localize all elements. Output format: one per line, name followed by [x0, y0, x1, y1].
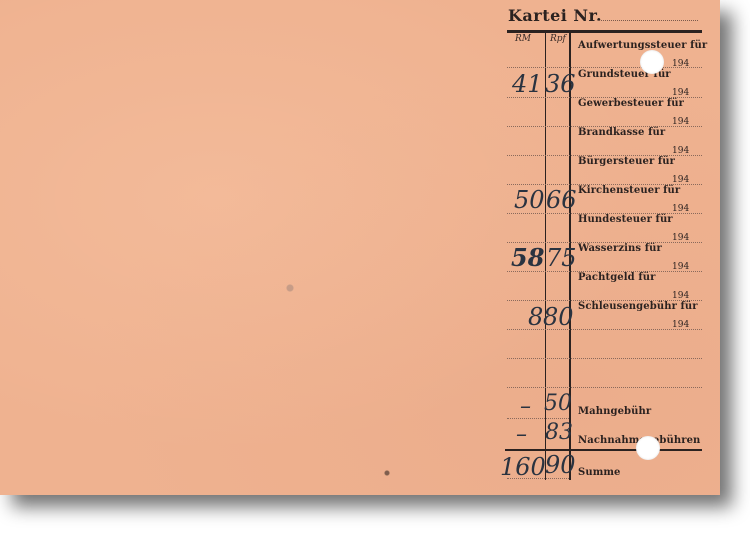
punch-hole: [640, 50, 664, 74]
amount-rpf-nachnahme: 83: [545, 422, 573, 444]
total-label: Summe: [578, 467, 621, 478]
header-rule: [507, 30, 702, 33]
year-field: 194: [672, 59, 689, 69]
amount-rpf-schleusengebuehr: 80: [543, 305, 574, 329]
row-label-wasserzins: Wasserzins für: [578, 243, 662, 254]
total-rm: 160: [500, 455, 546, 479]
row-label-buergersteuer: Bürgersteuer für: [578, 156, 675, 167]
card-title: Kartei Nr.: [508, 6, 602, 25]
punch-hole: [636, 436, 660, 460]
row-label-hundesteuer: Hundesteuer für: [578, 214, 673, 225]
row-line: [507, 358, 702, 359]
column-header-rm: RM: [515, 34, 531, 44]
amount-rm-kirchensteuer: 50: [514, 188, 545, 212]
year-field: 194: [672, 88, 689, 98]
amount-rm-schleusengebuehr: 8: [528, 305, 543, 329]
row-label-pachtgeld: Pachtgeld für: [578, 272, 655, 283]
row-label-kirchensteuer: Kirchensteuer für: [578, 185, 680, 196]
year-field: 194: [672, 204, 689, 214]
year-field: 194: [672, 117, 689, 127]
tax-record-card: Kartei Nr. RM Rpf Aufwertungssteuer für …: [0, 0, 720, 495]
total-rpf: 90: [545, 453, 576, 477]
row-label-aufwertungssteuer: Aufwertungssteuer für: [578, 40, 707, 51]
year-field: 194: [672, 146, 689, 156]
row-line: [507, 387, 702, 388]
year-field: 194: [672, 262, 689, 272]
row-label-brandkasse: Brandkasse für: [578, 127, 665, 138]
row-label-gewerbesteuer: Gewerbesteuer für: [578, 98, 684, 109]
column-header-rpf: Rpf: [550, 34, 566, 44]
year-field: 194: [672, 320, 689, 330]
year-field: 194: [672, 291, 689, 301]
total-rule: [505, 449, 702, 451]
year-field: 194: [672, 233, 689, 243]
row-line: [507, 418, 569, 419]
amount-rm-grundsteuer: 41: [512, 72, 543, 96]
amount-rm-mahngebuehr: –: [520, 396, 531, 418]
amount-rm-nachnahme: –: [516, 424, 527, 446]
fee-label-mahngebuehr: Mahngebühr: [578, 406, 651, 417]
row-label-schleusengebuehr: Schleusengebühr für: [578, 301, 698, 312]
amount-rpf-grundsteuer: 36: [545, 72, 576, 96]
year-field: 194: [672, 175, 689, 185]
amount-rpf-wasserzins: 75: [546, 246, 577, 270]
amount-rm-wasserzins: 58: [511, 246, 544, 270]
amount-rpf-kirchensteuer: 66: [546, 188, 577, 212]
card-number-field: [598, 20, 698, 21]
amount-rpf-mahngebuehr: 50: [544, 393, 572, 415]
